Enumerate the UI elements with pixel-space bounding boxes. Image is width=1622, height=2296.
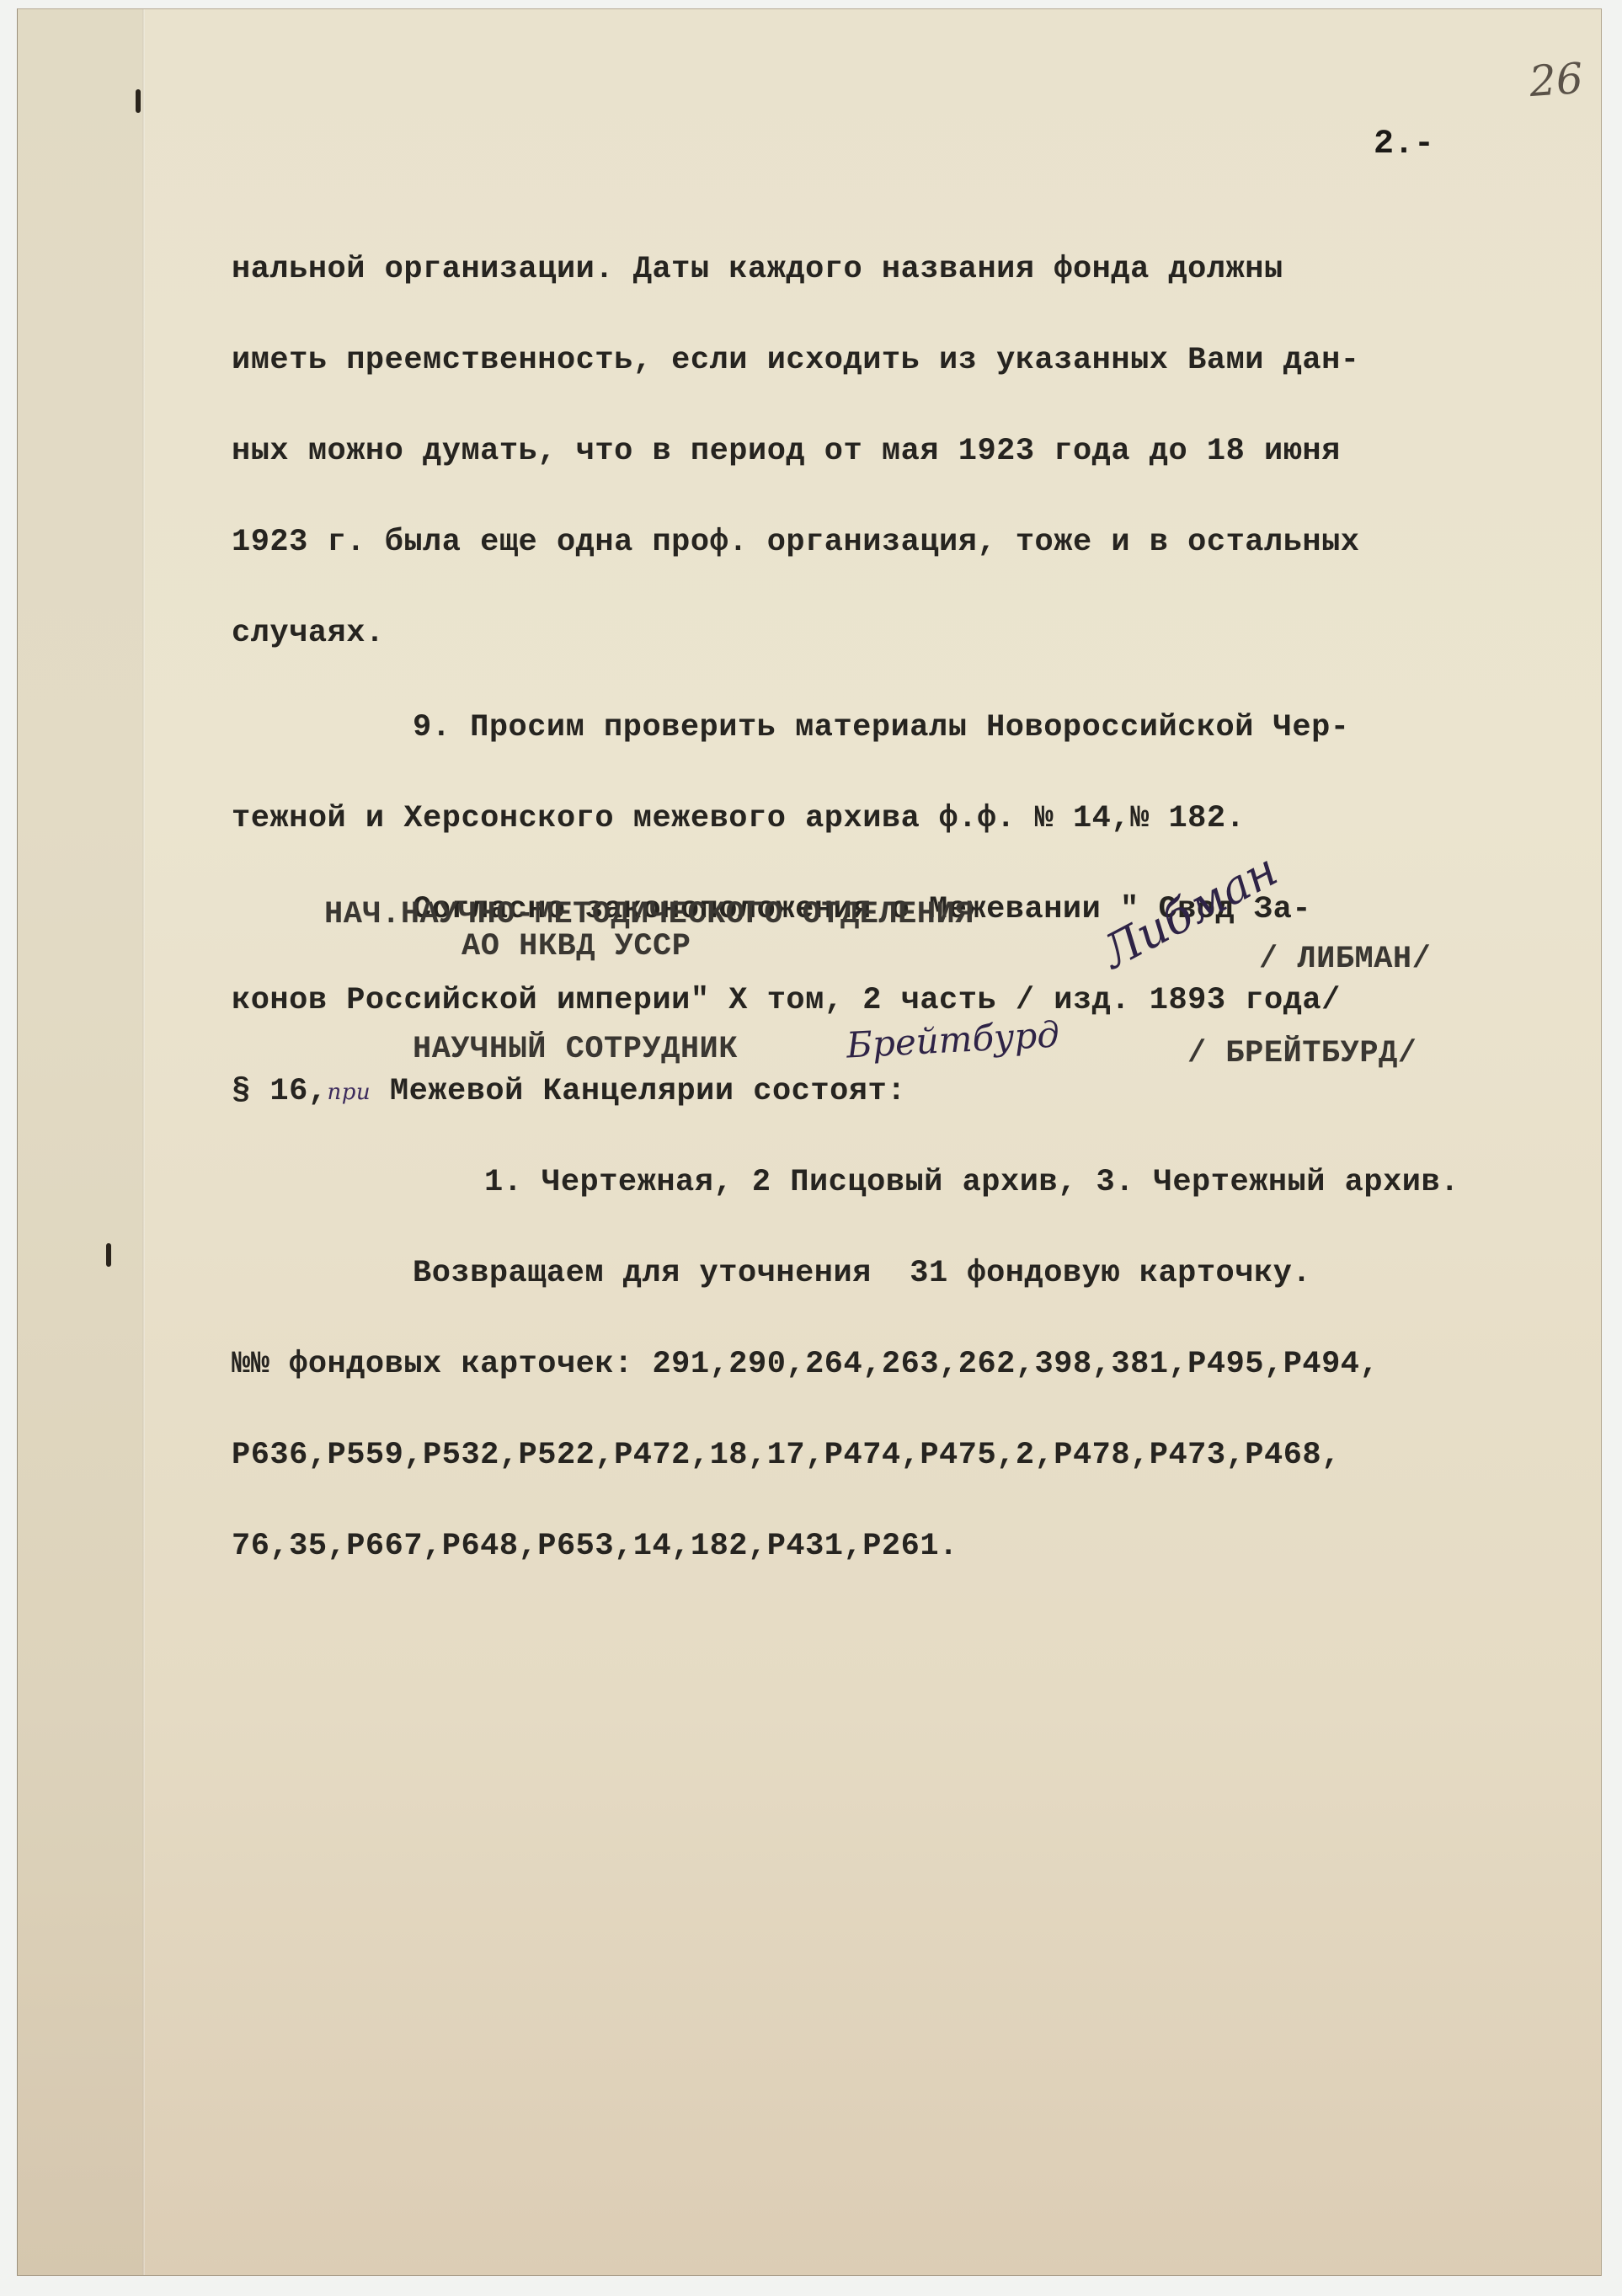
fund-cards-line: 76,35,Р667,Р648,Р653,14,182,Р431,Р261.: [232, 1531, 1596, 1562]
researcher-name: / БРЕЙТБУРД/: [1187, 1036, 1417, 1071]
head-title-line1: НАЧ.НАУЧНО-МЕТОДИЧЕСКОГО ОТДЕЛЕНИЯ: [324, 897, 974, 932]
body-line: конов Российской империи" X том, 2 часть…: [232, 985, 1596, 1016]
handwritten-insert: при: [328, 1080, 371, 1105]
body-line-paragraph: § 16,при Межевой Канцелярии состоят:: [232, 1076, 1596, 1107]
body-line: 1923 г. была еще одна проф. организация,…: [232, 527, 1596, 558]
body-line: Возвращаем для уточнения 31 фондовую кар…: [232, 1258, 1596, 1289]
body-line: 9. Просим проверить материалы Новороссий…: [232, 713, 1596, 743]
binding-hole: [136, 89, 141, 113]
researcher-title: НАУЧНЫЙ СОТРУДНИК: [413, 1032, 738, 1067]
binding-hole: [106, 1243, 111, 1267]
section-ref: § 16,: [232, 1074, 328, 1109]
body-line: тежной и Херсонского межевого архива ф.ф…: [232, 804, 1596, 834]
page-number: 2.-: [1374, 125, 1434, 163]
body-line: иметь преемственность, если исходить из …: [232, 345, 1596, 376]
fund-cards-line: Р636,Р559,Р532,Р522,Р472,18,17,Р474,Р475…: [232, 1440, 1596, 1471]
binding-fold-line: [142, 9, 145, 2275]
document-body: нальной организации. Даты каждого назван…: [232, 194, 1596, 1592]
body-line: нальной организации. Даты каждого назван…: [232, 254, 1596, 285]
archive-page-number: 26: [1528, 54, 1585, 106]
body-line: ных можно думать, что в период от мая 19…: [232, 436, 1596, 467]
head-name: / ЛИБМАН/: [1259, 942, 1431, 977]
head-title-line2: АО НКВД УССР: [462, 929, 691, 964]
binding-fold-shade: [18, 9, 142, 2275]
body-line: 1. Чертежная, 2 Писцовый архив, 3. Черте…: [232, 1167, 1596, 1198]
fund-cards-line: №№ фондовых карточек: 291,290,264,263,26…: [232, 1349, 1596, 1380]
section-text: Межевой Канцелярии состоят:: [390, 1074, 906, 1109]
body-line: случаях.: [232, 618, 1596, 649]
